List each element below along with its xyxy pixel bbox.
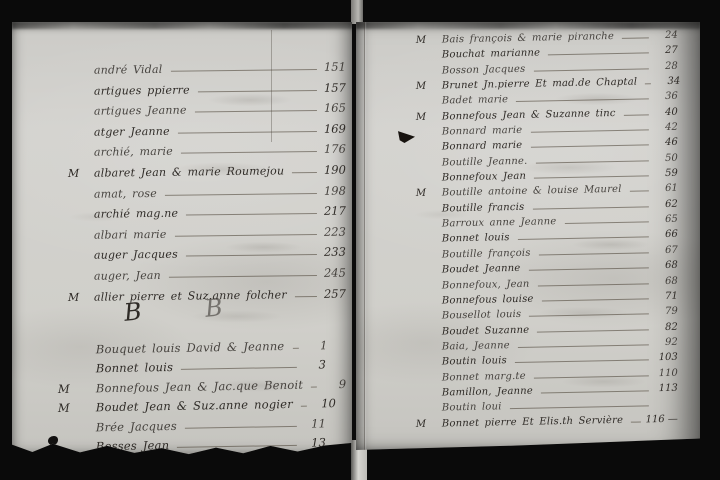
entry-rule-line (542, 299, 649, 302)
entry-page-number: 169 (322, 121, 346, 135)
entry-rule-line (301, 406, 307, 407)
entry-name: Bosses Jean (96, 438, 170, 453)
entry-page-number: 176 (322, 142, 346, 156)
entry-page-number: 190 (322, 162, 346, 176)
entry-rule-line (198, 89, 317, 91)
entry-rule-line (175, 233, 317, 236)
entry-rule-line (529, 268, 649, 271)
entry-page-number: 61 (654, 184, 678, 195)
entry-page-number: 71 (654, 291, 678, 302)
entry-name: artigues Jeanne (94, 103, 187, 117)
book-scan: andré Vidal151artigues ppierre157artigue… (0, 0, 720, 480)
entry-name: Boutin louis (442, 356, 507, 368)
entry-rule-line (170, 69, 316, 72)
margin-mark: M (58, 401, 96, 416)
entry-page-number: 46 (654, 137, 678, 148)
entry-rule-line (548, 53, 649, 56)
entry-page-number: 113 (654, 383, 678, 394)
margin-mark: M (416, 188, 442, 200)
entry-rule-line (292, 172, 317, 173)
entry-name: Brugnon Jeanne (96, 457, 195, 473)
entry-rule-line (178, 130, 317, 133)
section-a-entries: andré Vidal151artigues ppierre157artigue… (68, 56, 346, 303)
section-b-entries: Bouquet louis David & Jeanne1Bonnet loui… (58, 338, 326, 474)
section-b-header: B (123, 299, 143, 325)
entry-rule-line (535, 160, 648, 163)
entry-rule-line (622, 38, 649, 40)
entry-page-number: 82 (654, 322, 678, 333)
entry-page-number: 198 (322, 183, 346, 197)
entry-rule-line (292, 348, 298, 349)
entry-page-number: 68 (654, 276, 678, 287)
entry-name: Brée Jacques (96, 419, 177, 434)
margin-mark: M (58, 382, 96, 397)
entry-rule-line (181, 151, 317, 154)
spine-top-edge (351, 0, 363, 24)
entry-page-number: 157 (322, 80, 346, 94)
entry-name: archié mag.ne (94, 206, 178, 220)
entry-page-number: 92 (654, 337, 678, 348)
entry-rule-line (186, 254, 317, 257)
entry-rule-line (186, 213, 317, 216)
entry-page-number: 116 — (645, 414, 677, 426)
entry-rule-line (533, 68, 648, 71)
entry-page-number: 217 (322, 203, 346, 217)
register-row: Malbaret Jean & marie Roumejou190 (68, 156, 346, 180)
right-page: MBais françois & marie piranche24Bouchat… (356, 22, 700, 450)
entry-rule-line (532, 206, 648, 209)
entry-rule-line (530, 130, 648, 133)
entry-rule-line (538, 283, 649, 286)
entry-page-number: 66 (654, 230, 678, 241)
entry-page-number: 3 (302, 358, 326, 372)
entry-name: Bonnet pierre Et Elis.th Servière (442, 415, 623, 430)
entry-page-number: 36 (654, 91, 678, 102)
entry-rule-line (510, 406, 649, 410)
margin-mark: M (416, 418, 442, 430)
entry-rule-line (534, 176, 649, 179)
margin-mark: M (416, 112, 442, 124)
entry-rule-line (537, 329, 649, 332)
entry-page-number: 223 (322, 224, 346, 238)
fold-line (364, 22, 365, 450)
entry-page-number: 10 (312, 397, 336, 411)
entry-rule-line (169, 274, 317, 277)
entry-page-number: 245 (322, 265, 346, 279)
entry-rule-line (541, 391, 649, 394)
entry-page-number: 11 (302, 416, 326, 430)
entry-rule-line (177, 445, 297, 448)
register-row: andré Vidal151 (68, 53, 346, 77)
entry-rule-line (624, 114, 649, 116)
ink-spot (48, 436, 58, 445)
entry-page-number: 110 (654, 368, 678, 379)
entry-rule-line (185, 426, 297, 429)
entry-page-number: 13 (302, 436, 326, 450)
entry-page-number: 165 (322, 100, 346, 114)
entry-page-number: 50 (654, 153, 678, 164)
register-row: auger, Jean245 (68, 259, 346, 283)
entry-name: amat, rose (94, 186, 157, 200)
entry-page-number: 1 (303, 339, 327, 353)
ink-blot (398, 129, 415, 143)
entry-page-number: 103 (654, 352, 678, 363)
entry-rule-line (530, 145, 648, 148)
entry-page-number: 67 (654, 245, 678, 256)
margin-mark (58, 473, 96, 474)
entry-rule-line (539, 252, 649, 255)
entry-page-number: 9 (322, 377, 346, 391)
entry-page-number: 79 (654, 306, 678, 317)
entry-page-number: 68 (654, 260, 678, 271)
margin-mark: M (68, 290, 94, 303)
entry-rule-line (165, 192, 317, 195)
entry-page-number: 27 (654, 45, 678, 56)
entry-rule-line (195, 110, 317, 112)
entry-rule-line (203, 465, 297, 468)
entry-page-number: 233 (322, 245, 346, 259)
entry-page-number: 151 (322, 59, 346, 73)
entry-rule-line (645, 84, 651, 85)
register-row: Brugnon Jeanne19 (58, 450, 326, 474)
entry-rule-line (631, 421, 640, 422)
entry-name: auger, Jean (94, 268, 161, 282)
section-b-continued-entries: MBais françois & marie piranche24Bouchat… (416, 31, 678, 430)
entry-rule-line (529, 314, 649, 317)
entry-rule-line (295, 295, 317, 296)
entry-name: Boutin loui (442, 402, 502, 414)
margin-mark: M (68, 166, 94, 179)
entry-rule-line (311, 387, 317, 388)
entry-rule-line (564, 222, 648, 225)
entry-rule-line (518, 345, 649, 349)
section-b-header-ghost: B (204, 295, 224, 321)
entry-rule-line (630, 191, 649, 192)
entry-page-number: 257 (322, 286, 346, 300)
entry-page-number: 19 (302, 455, 326, 469)
margin-mark (58, 454, 96, 455)
entry-name: Bonnet louis (96, 361, 173, 376)
left-page: andré Vidal151artigues ppierre157artigue… (12, 22, 352, 455)
entry-rule-line (515, 360, 649, 364)
entry-page-number: 28 (654, 61, 678, 72)
entry-name: archié, marie (94, 145, 173, 159)
entry-name: Boudet Jeanne (442, 263, 521, 276)
entry-name: auger Jacques (94, 248, 178, 262)
entry-page-number: 40 (654, 107, 678, 118)
entry-rule-line (516, 99, 649, 103)
entry-rule-line (534, 375, 649, 378)
entry-rule-line (181, 368, 297, 371)
entry-page-number: 62 (654, 199, 678, 210)
entry-name: andré Vidal (94, 62, 163, 76)
entry-rule-line (518, 237, 649, 241)
